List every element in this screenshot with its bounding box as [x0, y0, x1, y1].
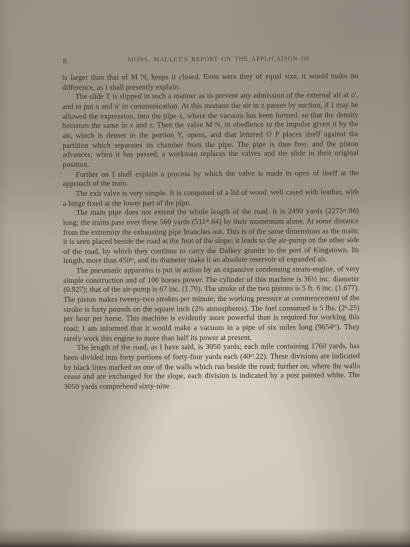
page-content: 8 MONS. MALLET'S REPORT ON THE APPLICATI… — [62, 55, 360, 391]
paragraph: The pneumatic apparatus is put in action… — [63, 264, 359, 343]
paragraph: Further on I shall explain a process by … — [63, 168, 359, 189]
body-text: is larger than that of M N, keeps it clo… — [62, 71, 360, 391]
book-page-photo: 8 MONS. MALLET'S REPORT ON THE APPLICATI… — [0, 0, 410, 547]
paragraph: The length of the road, as I have said, … — [64, 341, 360, 391]
paragraph: The slide T is slipped in such a manner … — [62, 90, 358, 169]
running-header: MONS. MALLET'S REPORT ON THE APPLICATION… — [62, 55, 358, 64]
paragraph: The exit valve is very simple. It is com… — [63, 187, 359, 208]
paragraph: is larger than that of M N, keeps it clo… — [62, 71, 358, 92]
paragraph: The main pipe does not extend the whole … — [63, 206, 359, 266]
page-header: 8 MONS. MALLET'S REPORT ON THE APPLICATI… — [62, 55, 358, 68]
page-number: 8 — [63, 57, 67, 66]
